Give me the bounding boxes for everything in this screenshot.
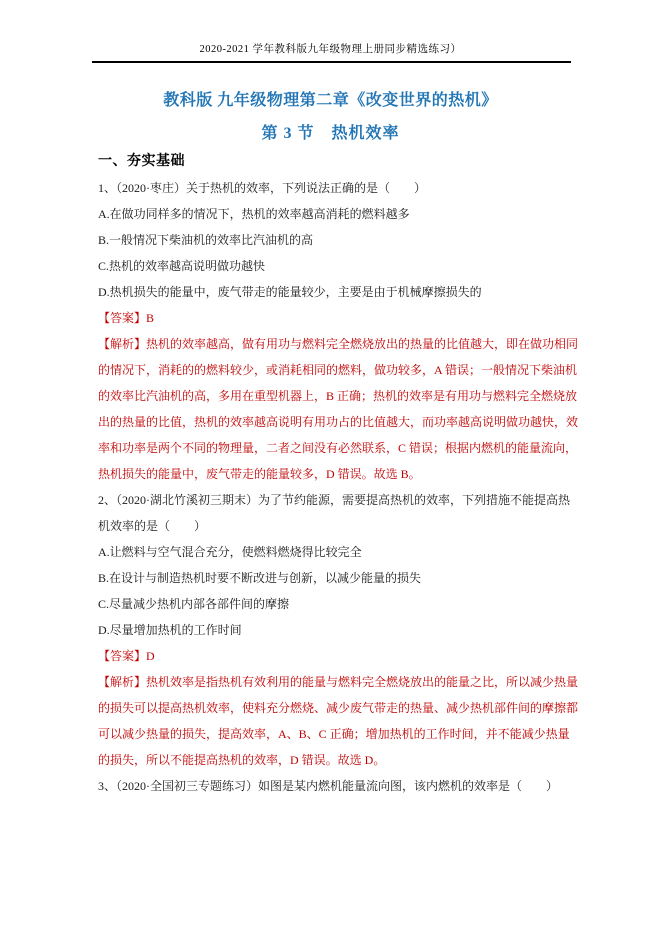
text-line: 出的热量的比值，热机的效率越高说明有用功占的比值越大，而功率越高说明做功越快，效 [98, 409, 580, 435]
text-line: 的效率比汽油机的高，多用在重型机器上，B 正确；热机的效率是有用功与燃料完全燃烧… [98, 383, 580, 409]
text-line: A.让燃料与空气混合充分，使燃料燃烧得比较完全 [98, 539, 580, 565]
page-header: 2020-2021 学年教科版九年级物理上册同步精选练习） [0, 41, 661, 56]
text-line: 机效率的是（ ） [98, 513, 580, 539]
doc-title: 教科版 九年级物理第二章《改变世界的热机》 [0, 87, 661, 110]
document-page: 2020-2021 学年教科版九年级物理上册同步精选练习） 教科版 九年级物理第… [0, 0, 661, 935]
text-line: 【解析】热机效率是指热机有效利用的能量与燃料完全燃烧放出的能量之比，所以减少热量 [98, 669, 580, 695]
text-line: 【答案】D [98, 643, 580, 669]
text-line: B.在设计与制造热机时要不断改进与创新，以减少能量的损失 [98, 565, 580, 591]
doc-subtitle: 第 3 节 热机效率 [0, 120, 661, 143]
header-rule [92, 61, 571, 63]
text-line: C.尽量减少热机内部各部件间的摩擦 [98, 591, 580, 617]
text-line: 3、（2020·全国初三专题练习）如图是某内燃机能量流向图，该内燃机的效率是（ … [98, 773, 580, 799]
text-line: 的损失可以提高热机效率，使料充分燃烧、减少废气带走的热量、减少热机部件间的摩擦都 [98, 695, 580, 721]
text-line: 【解析】热机的效率越高，做有用功与燃料完全燃烧放出的热量的比值越大，即在做功相同 [98, 331, 580, 357]
document-body: 一、夯实基础1、（2020·枣庄）关于热机的效率，下列说法正确的是（ ）A.在做… [98, 149, 580, 799]
text-line: 一、夯实基础 [98, 149, 580, 175]
text-line: 1、（2020·枣庄）关于热机的效率，下列说法正确的是（ ） [98, 175, 580, 201]
text-line: 【答案】B [98, 305, 580, 331]
text-line: 热机损失的能量中，废气带走的能量较多，D 错误。故选 B。 [98, 461, 580, 487]
text-line: C.热机的效率越高说明做功越快 [98, 253, 580, 279]
text-line: B.一般情况下柴油机的效率比汽油机的高 [98, 227, 580, 253]
text-line: A.在做功同样多的情况下，热机的效率越高消耗的燃料越多 [98, 201, 580, 227]
text-line: 可以减少热量的损失，提高效率，A、B、C 正确；增加热机的工作时间，并不能减少热… [98, 721, 580, 747]
text-line: 的情况下，消耗的的燃料较少，或消耗相同的燃料，做功较多，A 错误；一般情况下柴油… [98, 357, 580, 383]
text-line: D.尽量增加热机的工作时间 [98, 617, 580, 643]
text-line: 2、（2020·湖北竹溪初三期末）为了节约能源，需要提高热机的效率，下列措施不能… [98, 487, 580, 513]
text-line: 的损失，所以不能提高热机的效率，D 错误。故选 D。 [98, 747, 580, 773]
text-line: 率和功率是两个不同的物理量，二者之间没有必然联系，C 错误；根据内燃机的能量流向… [98, 435, 580, 461]
text-line: D.热机损失的能量中，废气带走的能量较少，主要是由于机械摩擦损失的 [98, 279, 580, 305]
